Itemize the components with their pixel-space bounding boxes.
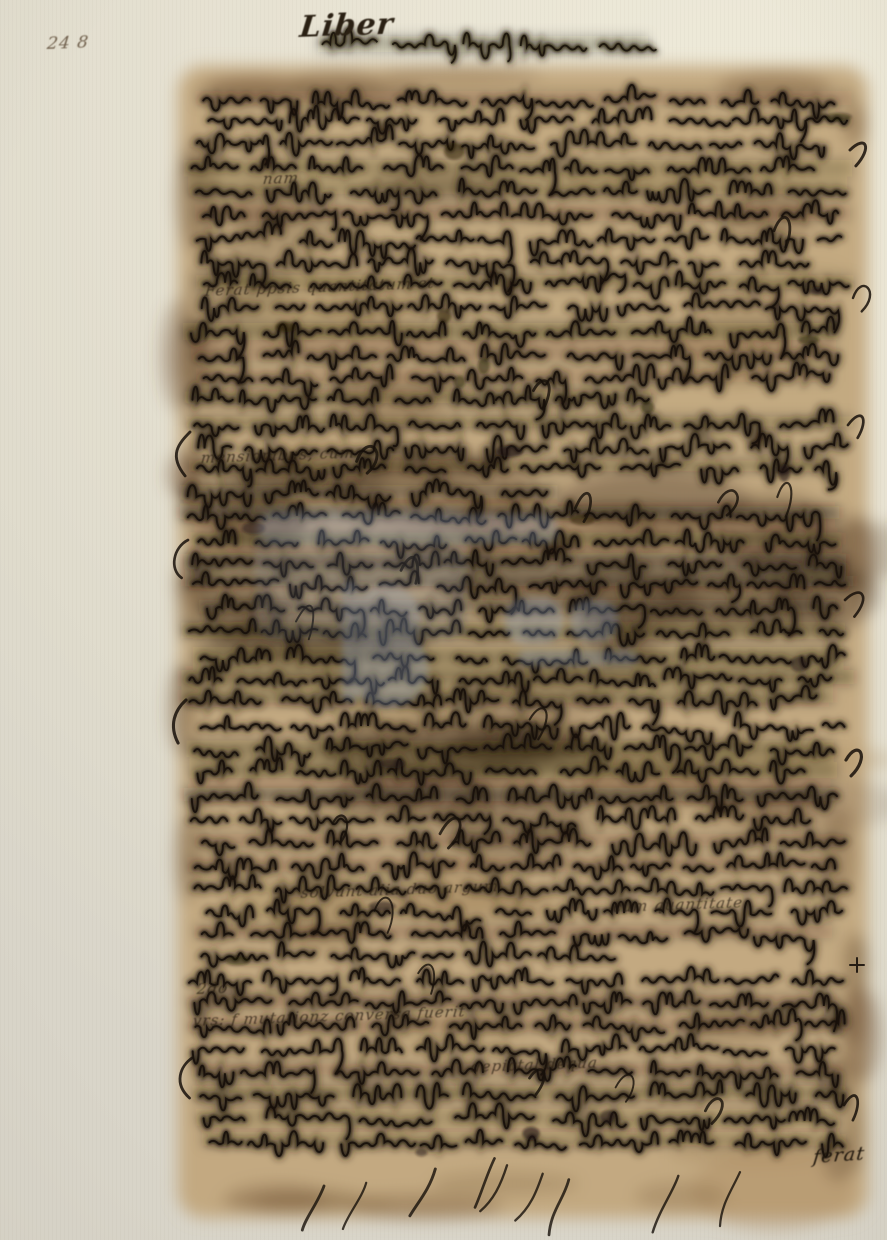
manuscript-page: 24 8 Liber nam Ferat ppsis quantitatum e… xyxy=(0,0,887,1240)
legible-fragment: 2do xyxy=(196,979,229,998)
legible-fragment: nam xyxy=(262,169,300,188)
page-header-title: Liber xyxy=(298,7,395,45)
folio-mark: 24 8 xyxy=(46,33,90,54)
catchword: ferat xyxy=(812,1142,866,1168)
handwriting-text-block xyxy=(0,0,887,1240)
